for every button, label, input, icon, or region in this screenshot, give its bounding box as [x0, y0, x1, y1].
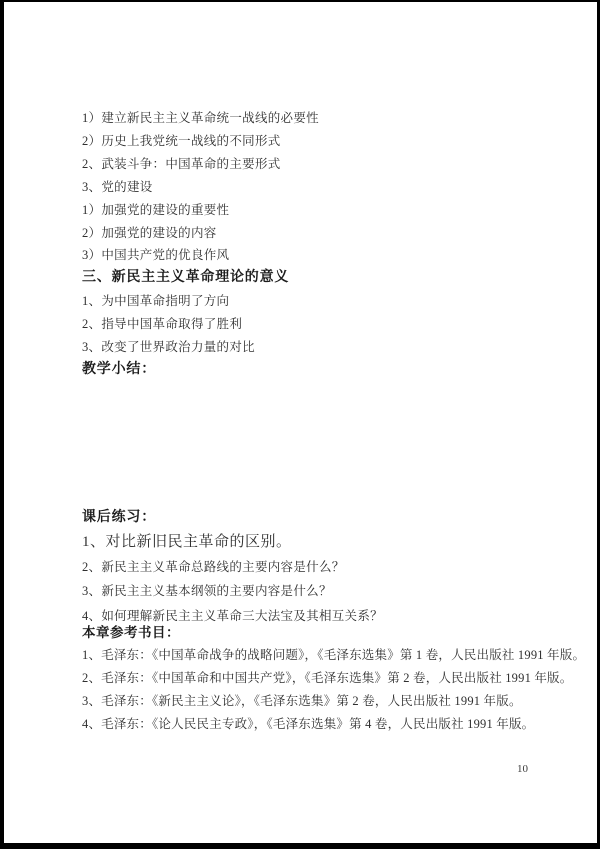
outline-line: 2、指导中国革命取得了胜利: [82, 313, 567, 336]
outline-line: 3）中国共产党的优良作风: [82, 244, 567, 267]
reference-item: 4、毛泽东：《论人民民主专政》，《毛泽东选集》第 4 卷，人民出版社 1991 …: [82, 713, 567, 736]
exercises-and-references-section: 课后练习： 1、对比新旧民主革命的区别。 2、新民主主义革命总路线的主要内容是什…: [82, 506, 567, 736]
outline-line: 2）加强党的建设的内容: [82, 222, 567, 245]
outline-line: 1）加强党的建设的重要性: [82, 199, 567, 222]
reference-item: 2、毛泽东：《中国革命和中国共产党》，《毛泽东选集》第 2 卷，人民出版社 19…: [82, 667, 567, 690]
outline-line: 3、党的建设: [82, 176, 567, 199]
exercise-question: 1、对比新旧民主革命的区别。: [82, 530, 567, 555]
outline-line: 2、武装斗争：中国革命的主要形式: [82, 153, 567, 176]
section-three-heading: 三、新民主主义革命理论的意义: [82, 267, 567, 290]
outline-line: 1）建立新民主主义革命统一战线的必要性: [82, 107, 567, 130]
outline-line: 3、改变了世界政治力量的对比: [82, 336, 567, 359]
exercise-question: 3、新民主主义基本纲领的主要内容是什么？: [82, 579, 567, 604]
exercise-question: 2、新民主主义革命总路线的主要内容是什么？: [82, 555, 567, 580]
exercises-heading: 课后练习：: [82, 506, 567, 530]
teaching-outline-section: 1）建立新民主主义革命统一战线的必要性 2）历史上我党统一战线的不同形式 2、武…: [82, 107, 567, 382]
outline-line: 2）历史上我党统一战线的不同形式: [82, 130, 567, 153]
reference-item: 3、毛泽东：《新民主主义论》，《毛泽东选集》第 2 卷，人民出版社 1991 年…: [82, 690, 567, 713]
reference-item: 1、毛泽东：《中国革命战争的战略问题》，《毛泽东选集》第 1 卷，人民出版社 1…: [82, 644, 567, 667]
outline-line: 1、为中国革命指明了方向: [82, 290, 567, 313]
document-page: 1）建立新民主主义革命统一战线的必要性 2）历史上我党统一战线的不同形式 2、武…: [0, 0, 600, 849]
page-number: 10: [517, 763, 528, 775]
teaching-summary-heading: 教学小结：: [82, 359, 567, 382]
